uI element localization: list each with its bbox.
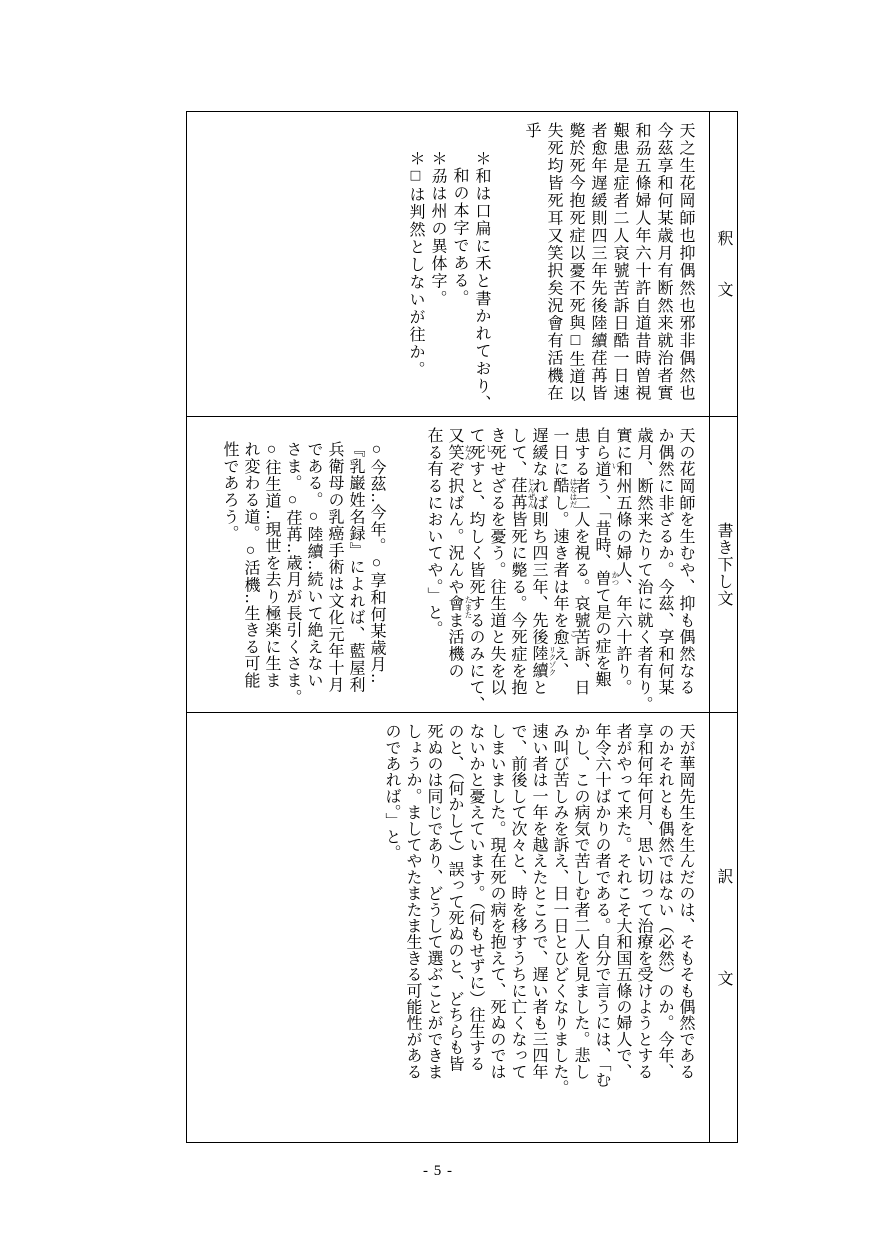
text-column: み叫び苦しみを訴え、日一日とひどくなりました。 xyxy=(549,723,570,1140)
text-column: 實に和州五條の婦人、年六十許り。 xyxy=(612,427,633,710)
text-column: 天之生花岡師也抑偶然也邪非偶然也 xyxy=(674,122,696,414)
text-column: のであれば。」と。 xyxy=(381,723,402,1140)
label-cell-kakikudashi: 書き下し文 xyxy=(709,417,737,712)
furigana: かつ xyxy=(611,571,619,586)
section-shakubun: 天之生花岡師也抑偶然也邪非偶然也今茲享和何某歳月有断然来就治者實和刕五條婦人年六… xyxy=(187,112,737,416)
text-column: 者がやって来た。それこそ大和国五條の婦人で、 xyxy=(612,723,633,1140)
label-cell-yakubun: 訳 文 xyxy=(709,713,737,1142)
text-column: 乎 xyxy=(520,122,542,414)
text-column: 又笑なんぞ択ばん。況んや會たまたま活機の xyxy=(444,427,465,710)
furigana: こ xyxy=(569,630,577,638)
three-row-table: 天之生花岡師也抑偶然也邪非偶然也今茲享和何某歳月有断然来就治者實和刕五條婦人年六… xyxy=(186,111,738,1143)
furigana: たまた xyxy=(464,596,472,619)
section-yakubun: 天が華岡先生を生んだのは、そもそも偶然であるのかそれとも偶然ではない（必然）のか… xyxy=(187,712,737,1142)
annotated-text: 笑なん xyxy=(446,444,463,461)
shakubun-footnotes: ＊和は口扁に禾と書かれており、和の本字である。＊刕は州の異体字。＊□は判然としな… xyxy=(404,122,492,414)
kakikudashi-vertical-text: 天の花岡師を生むや、抑も偶然なるか偶然に非ざるか。今茲、享和何某歳月、断然来たり… xyxy=(219,427,696,710)
text-column: れ変わる道。○活機‥生きる可能 xyxy=(240,427,261,710)
furigana: なん xyxy=(464,445,472,460)
shakubun-content: 天之生花岡師也抑偶然也邪非偶然也今茲享和何某歳月有断然来就治者實和刕五條婦人年六… xyxy=(187,112,709,416)
kakikudashi-main-text: 天の花岡師を生むや、抑も偶然なるか偶然に非ざるか。今茲、享和何某歳月、断然来たり… xyxy=(423,427,696,710)
text-column: 患する者二人を視る。哀號苦訴、日 xyxy=(570,427,591,710)
text-column: ○今茲‥今年。○享和何某歳月‥ xyxy=(366,427,387,710)
text-column: ＊□は判然としないが往か。 xyxy=(404,122,426,414)
label-cell-shakubun: 釈 文 xyxy=(709,112,737,416)
text-column: 艱患是症者二人哀號苦訴日酷一日速 xyxy=(608,122,630,414)
text-column: ないかと憂えています。（何もせずに）往生する xyxy=(465,723,486,1140)
text-column: 『乳巌姓名録』によれば、藍屋利 xyxy=(345,427,366,710)
text-column: か偶然に非ざるか。今茲、享和何某 xyxy=(654,427,675,710)
furigana: い xyxy=(611,462,619,470)
text-column: 天が華岡先生を生んだのは、そもそも偶然である xyxy=(675,723,696,1140)
text-column: 性であろう。 xyxy=(219,427,240,710)
text-column: 歳月、断然来たりて治に就く者有り。 xyxy=(633,427,654,710)
text-column: 斃於死今抱死症以憂不死與□生道以 xyxy=(564,122,586,414)
text-column: 今茲享和何某歳月有断然来就治者實 xyxy=(652,122,674,414)
furigana: リクゾク xyxy=(548,646,556,676)
section-kakikudashi: 天の花岡師を生むや、抑も偶然なるか偶然に非ざるか。今茲、享和何某歳月、断然来たり… xyxy=(187,416,737,712)
shakubun-main-text: 天之生花岡師也抑偶然也邪非偶然也今茲享和何某歳月有断然来就治者實和刕五條婦人年六… xyxy=(520,122,696,414)
text-column: 自ら道いう、「昔時、曽かつて是の症を艱 xyxy=(591,427,612,710)
text-column: である。○陸續‥続いて絶えない xyxy=(303,427,324,710)
text-column: しょうか。ましてやたまたま生きる可能性がある xyxy=(402,723,423,1140)
text-column: しまいました。現在死の病を抱えて、死ぬのでは xyxy=(486,723,507,1140)
yakubun-main-text: 天が華岡先生を生んだのは、そもそも偶然であるのかそれとも偶然ではない（必然）のか… xyxy=(381,723,696,1140)
text-column: さま。○荏苒‥歳月が長引くさま。 xyxy=(282,427,303,710)
kakikudashi-notes: ○今茲‥今年。○享和何某歳月‥『乳巌姓名録』によれば、藍屋利兵衛母の乳癌手術は文… xyxy=(219,427,387,710)
text-column: 遅緩なれば則ち四三年、先後陸續リクゾクと xyxy=(528,427,549,710)
annotated-text: 會たまた xyxy=(446,595,463,612)
yakubun-content: 天が華岡先生を生んだのは、そもそも偶然であるのかそれとも偶然ではない（必然）のか… xyxy=(187,713,709,1142)
text-column: 在る有るにおいてや。」と。 xyxy=(423,427,444,710)
text-column: 速い者は一年を越えたところで、遅い者も三四年 xyxy=(528,723,549,1140)
text-column: 天の花岡師を生むや、抑も偶然なる xyxy=(675,427,696,710)
annotated-text: 曽かつ xyxy=(593,570,610,587)
text-column: 失死均皆死耳又笑択矣況會有活機在 xyxy=(542,122,564,414)
annotated-text: 愈こ xyxy=(551,629,568,646)
text-column: て死しすと、均しく皆死するのみにて、 xyxy=(465,427,486,710)
furigana: し xyxy=(485,445,493,453)
yakubun-vertical-text: 天が華岡先生を生んだのは、そもそも偶然であるのかそれとも偶然ではない（必然）のか… xyxy=(381,723,696,1140)
page-number: - 5 - xyxy=(0,1163,876,1180)
text-column: ○往生道‥現世を去り極楽に生ま xyxy=(261,427,282,710)
text-column: かし、この病気で苦しむ者二人を見ました。悲し xyxy=(570,723,591,1140)
text-column: 者愈年遅緩則四三年先後陸續荏苒皆 xyxy=(586,122,608,414)
text-column: 年令六十ばかりの者である。自分で言うには、「む xyxy=(591,723,612,1140)
annotated-text: 道い xyxy=(593,461,610,478)
shakubun-vertical-text: 天之生花岡師也抑偶然也邪非偶然也今茲享和何某歳月有断然来就治者實和刕五條婦人年六… xyxy=(404,122,696,414)
text-column: き死せざるを憂う。往生道と失を以 xyxy=(486,427,507,710)
annotated-text: 荏苒じんぜん xyxy=(509,477,526,511)
annotated-text: 酷はなはだ xyxy=(551,477,568,494)
text-column: のかそれとも偶然ではない（必然）のか。今年、 xyxy=(654,723,675,1140)
text-column: 死ぬのは同じであり、どうして選ぶことができま xyxy=(423,723,444,1140)
text-column: 享和何年何月、思い切って治療を受けようとする xyxy=(633,723,654,1140)
section-label-kakikudashi: 書き下し文 xyxy=(712,522,735,607)
text-column: のと、（何かして）誤って死ぬのと、どちらも皆 xyxy=(444,723,465,1140)
text-column: 和刕五條婦人年六十許自道昔時曽視 xyxy=(630,122,652,414)
section-label-yakubun: 訳 文 xyxy=(712,868,735,987)
text-column: で、前後して次々と、時を移すうちに亡くなって xyxy=(507,723,528,1140)
annotated-text: 陸續リクゾク xyxy=(530,645,547,679)
text-column: 和の本字である。 xyxy=(448,122,470,414)
text-column: ＊和は口扁に禾と書かれており、 xyxy=(470,122,492,414)
section-label-shakubun: 釈 文 xyxy=(712,230,735,298)
document-page: 天之生花岡師也抑偶然也邪非偶然也今茲享和何某歳月有断然来就治者實和刕五條婦人年六… xyxy=(0,0,876,1239)
furigana: じんぜん xyxy=(527,478,535,508)
furigana: はなはだ xyxy=(569,478,577,508)
text-column: 兵衛母の乳癌手術は文化元年十月 xyxy=(324,427,345,710)
kakikudashi-content: 天の花岡師を生むや、抑も偶然なるか偶然に非ざるか。今茲、享和何某歳月、断然来たり… xyxy=(187,417,709,712)
text-column: して、荏苒じんぜん皆死に斃る。今死症を抱 xyxy=(507,427,528,710)
text-column: ＊刕は州の異体字。 xyxy=(426,122,448,414)
